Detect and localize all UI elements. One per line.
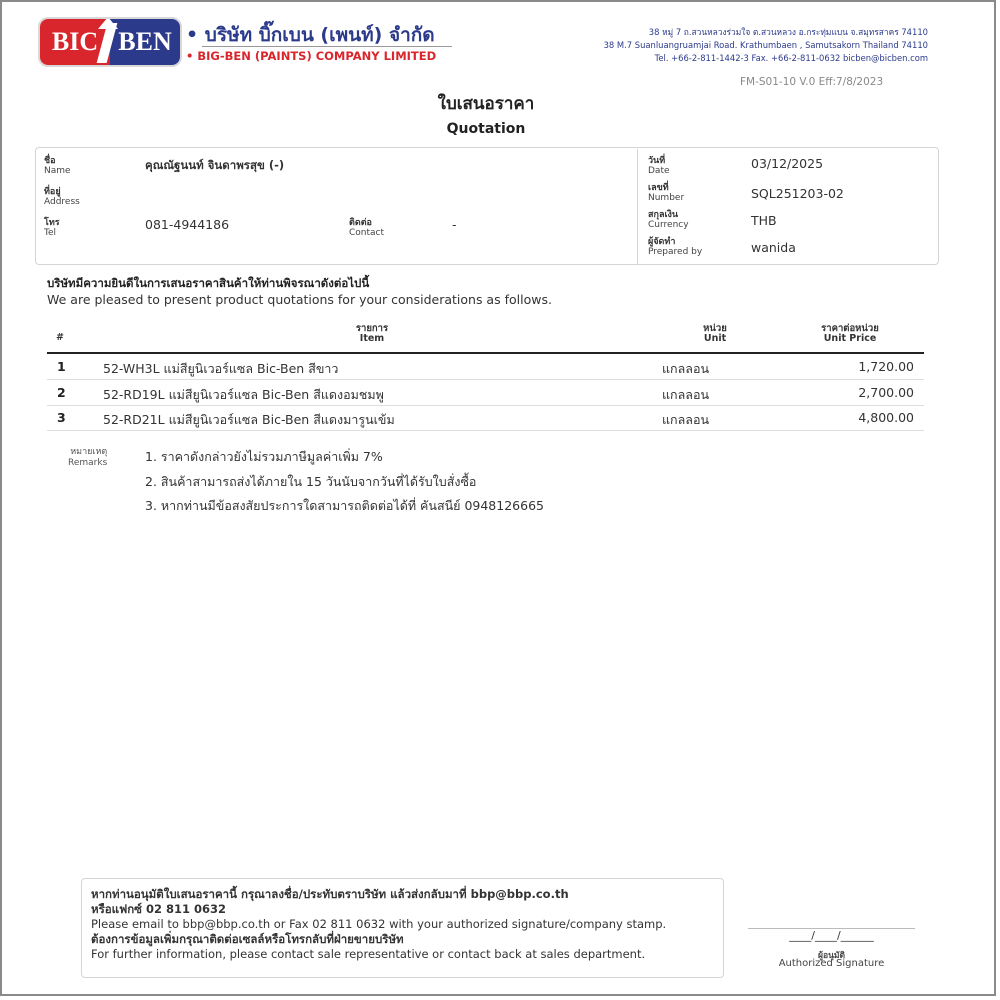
page-title-en: Quotation <box>0 121 972 137</box>
table-row: 152-WH3L แม่สียูนิเวอร์แซล Bic-Ben สีขาว… <box>47 354 924 380</box>
col-header-price: ราคาต่อหน่วย Unit Price <box>790 324 910 344</box>
row-unit-price: 1,720.00 <box>858 359 914 374</box>
date-label: วันที่ Date <box>648 156 670 176</box>
logo-text-left: BIC <box>52 27 98 57</box>
signature-label-en: Authorized Signature <box>748 958 915 969</box>
company-logo: BIC BEN <box>40 19 180 65</box>
contact-label: ติดต่อ Contact <box>349 218 384 238</box>
customer-contact: - <box>452 217 457 232</box>
logo-text-right: BEN <box>118 27 171 57</box>
number-label: เลขที่ Number <box>648 183 684 203</box>
prepared-by: wanida <box>751 240 796 255</box>
address-en: 38 M.7 Suanluangruamjai Road. Krathumbae… <box>604 39 928 52</box>
intro-th: บริษัทมีความยินดีในการเสนอราคาสินค้าให้ท… <box>47 275 369 293</box>
currency-label: สกุลเงิน Currency <box>648 210 689 230</box>
quote-date: 03/12/2025 <box>751 156 823 171</box>
row-item: 52-RD21L แม่สียูนิเวอร์แซล Bic-Ben สีแดง… <box>103 410 395 430</box>
row-unit-price: 4,800.00 <box>858 410 914 425</box>
row-item: 52-WH3L แม่สียูนิเวอร์แซล Bic-Ben สีขาว <box>103 359 338 379</box>
tel-label: โทร Tel <box>44 218 60 238</box>
info-divider <box>637 149 638 265</box>
col-header-unit: หน่วย Unit <box>665 324 765 344</box>
quote-currency: THB <box>751 213 777 228</box>
form-code: FM-S01-10 V.0 Eff:7/8/2023 <box>740 76 883 88</box>
logo-arrow-head-icon <box>98 19 118 29</box>
row-number: 2 <box>57 385 66 400</box>
company-name-en: • BIG-BEN (PAINTS) COMPANY LIMITED <box>186 49 436 63</box>
remarks-label: หมายเหตุ Remarks <box>68 447 107 469</box>
table-row: 252-RD19L แม่สียูนิเวอร์แซล Bic-Ben สีแด… <box>47 380 924 406</box>
remark-item: 3. หากท่านมีข้อสงสัยประการใดสามารถติดต่อ… <box>145 496 544 516</box>
remark-item: 1. ราคาดังกล่าวยังไม่รวมภาษีมูลค่าเพิ่ม … <box>145 447 383 467</box>
row-number: 3 <box>57 410 66 425</box>
table-row: 352-RD21L แม่สียูนิเวอร์แซล Bic-Ben สีแด… <box>47 405 924 431</box>
col-header-item: รายการ Item <box>322 324 422 344</box>
contact-line: Tel. +66-2-811-1442-3 Fax. +66-2-811-063… <box>604 52 928 65</box>
page-title-th: ใบเสนอราคา <box>0 90 972 117</box>
intro-en: We are pleased to present product quotat… <box>47 292 552 307</box>
signature-date: ____/____/______ <box>748 929 915 942</box>
row-unit: แกลลอน <box>662 410 709 430</box>
prepared-by-label: ผู้จัดทำ Prepared by <box>648 237 702 257</box>
row-item: 52-RD19L แม่สียูนิเวอร์แซล Bic-Ben สีแดง… <box>103 385 384 405</box>
address-label: ที่อยู่ Address <box>44 187 80 207</box>
company-name-divider <box>202 46 452 47</box>
row-unit: แกลลอน <box>662 359 709 379</box>
name-label: ชื่อ Name <box>44 156 71 176</box>
row-unit: แกลลอน <box>662 385 709 405</box>
quote-number: SQL251203-02 <box>751 186 844 201</box>
customer-tel: 081-4944186 <box>145 217 229 232</box>
company-address: 38 หมู่ 7 ถ.สวนหลวงร่วมใจ ต.สวนหลวง อ.กร… <box>604 26 928 65</box>
approval-instructions: หากท่านอนุมัติใบเสนอราคานี้ กรุณาลงชื่อ/… <box>81 878 724 978</box>
remark-item: 2. สินค้าสามารถส่งได้ภายใน 15 วันนับจากว… <box>145 472 476 492</box>
customer-name: คุณณัฐนนท์ จินดาพรสุข (-) <box>145 157 284 175</box>
col-header-num: # <box>56 333 64 343</box>
address-th: 38 หมู่ 7 ถ.สวนหลวงร่วมใจ ต.สวนหลวง อ.กร… <box>604 26 928 39</box>
row-number: 1 <box>57 359 66 374</box>
row-unit-price: 2,700.00 <box>858 385 914 400</box>
